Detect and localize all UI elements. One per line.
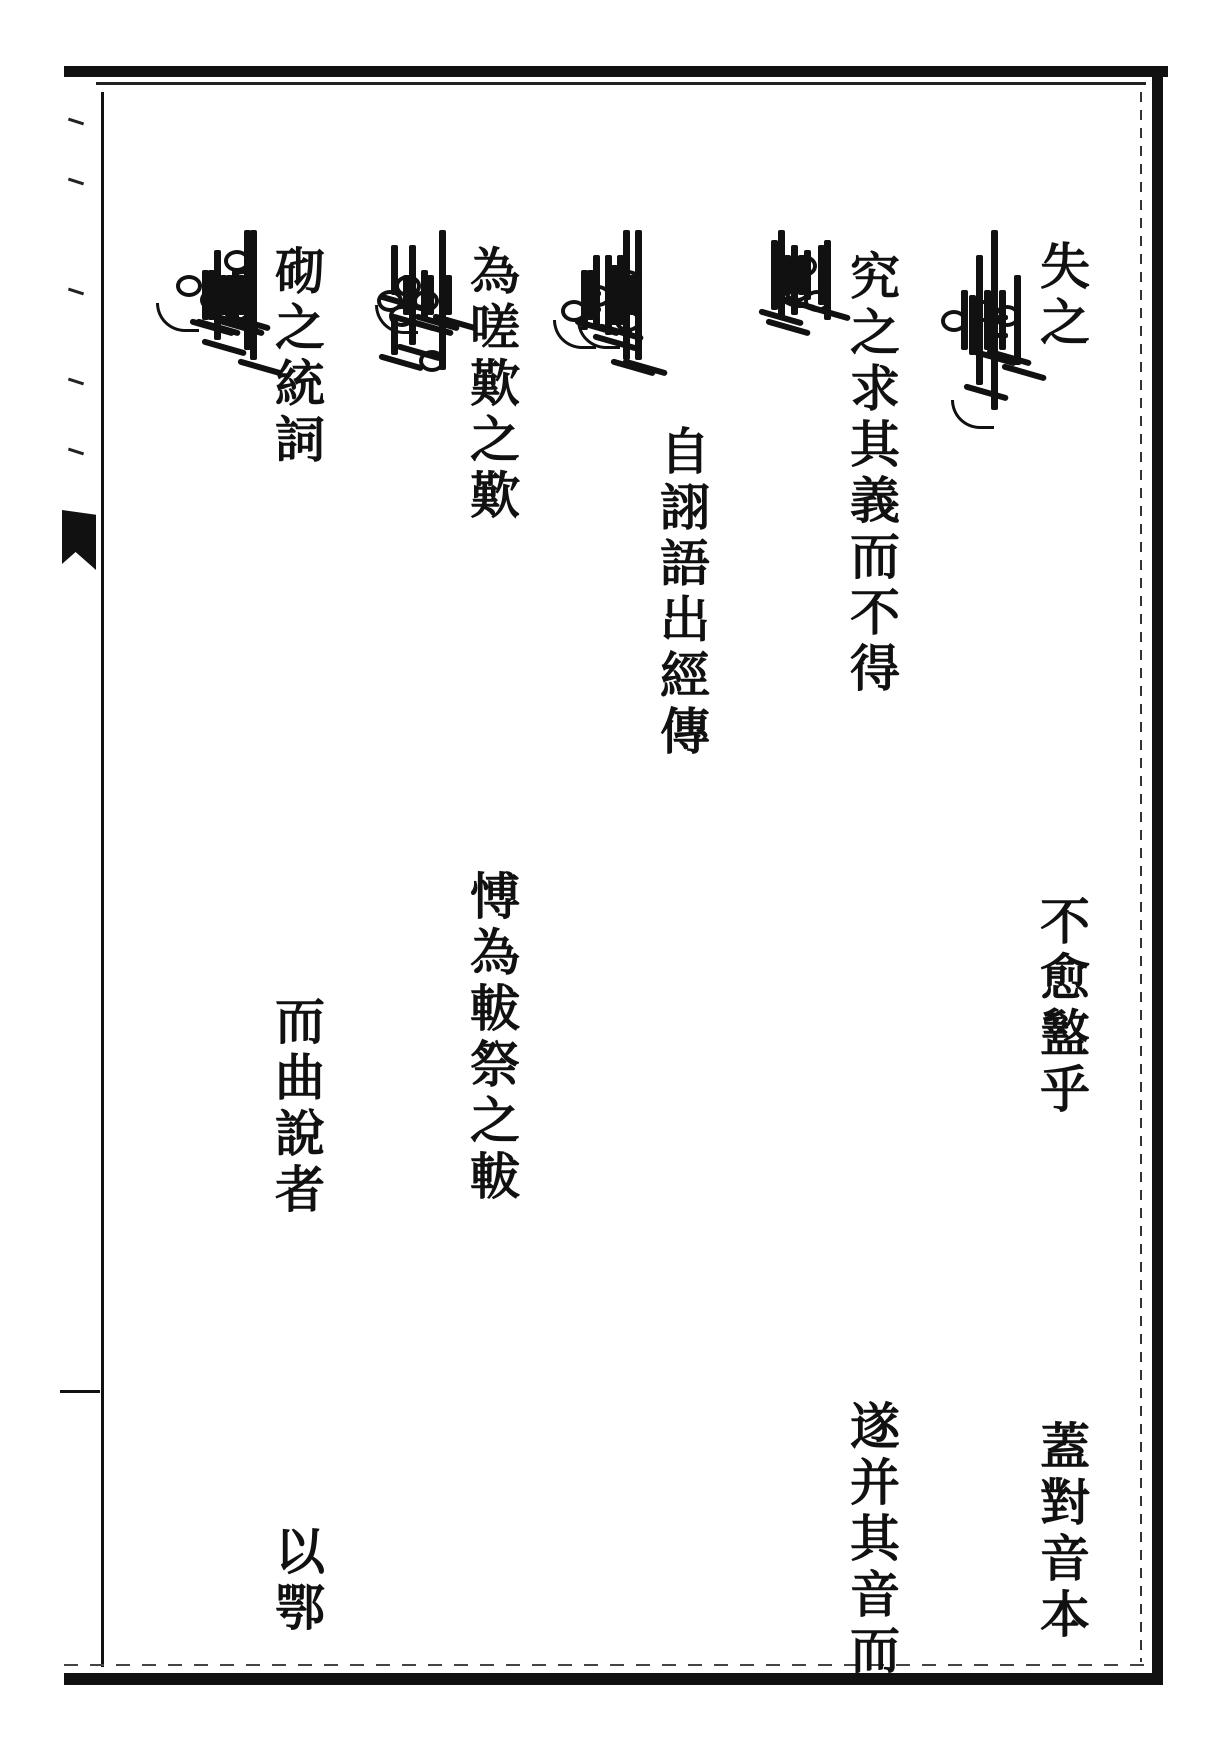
chinese-annotation: 自詡語出經傳 — [650, 425, 712, 761]
manchu-column — [935, 230, 995, 470]
chinese-annotation: 砌之統詞 — [265, 245, 327, 469]
margin-mark — [68, 288, 84, 296]
manchu-word — [170, 275, 176, 335]
page-frame-bottom-border — [64, 1673, 1158, 1685]
margin-mark — [68, 178, 84, 186]
chinese-annotation: 蓋對音本 — [1030, 1420, 1092, 1644]
page-frame-right-border — [1152, 66, 1163, 1685]
chinese-annotation: 不愈盭乎 — [1030, 895, 1092, 1119]
chinese-annotation: 為嗟歎之歎 — [460, 245, 522, 525]
margin-mark — [68, 378, 84, 386]
chinese-annotation: 以鄂 — [265, 1525, 327, 1637]
manchu-word — [752, 230, 759, 340]
inner-frame-right-rule — [1140, 92, 1142, 1662]
manchu-word — [371, 290, 377, 320]
chinese-annotation: 愽為軷祭之軷 — [460, 870, 522, 1206]
page-frame-top-border — [64, 66, 1168, 77]
manchu-word — [745, 240, 752, 330]
margin-rule — [60, 1390, 100, 1393]
manchu-word — [555, 270, 561, 340]
manchu-column — [745, 230, 805, 380]
margin-mark — [68, 448, 84, 456]
manchu-column — [170, 230, 230, 420]
manchu-word — [758, 255, 765, 315]
fold-margin-strip — [60, 100, 96, 1580]
chinese-annotation: 遂并其音而 — [840, 1400, 902, 1680]
manchu-column — [555, 230, 615, 420]
inner-frame-bottom-rule — [64, 1664, 1144, 1666]
inner-frame-left-rule — [101, 92, 104, 1667]
manchu-word — [365, 245, 371, 365]
margin-mark — [68, 118, 84, 126]
chinese-annotation: 失之 — [1030, 240, 1092, 352]
inner-frame-top-rule — [96, 82, 1146, 85]
manchu-word — [935, 290, 943, 370]
manchu-column — [365, 230, 425, 420]
chinese-annotation: 而曲說者 — [265, 995, 327, 1219]
